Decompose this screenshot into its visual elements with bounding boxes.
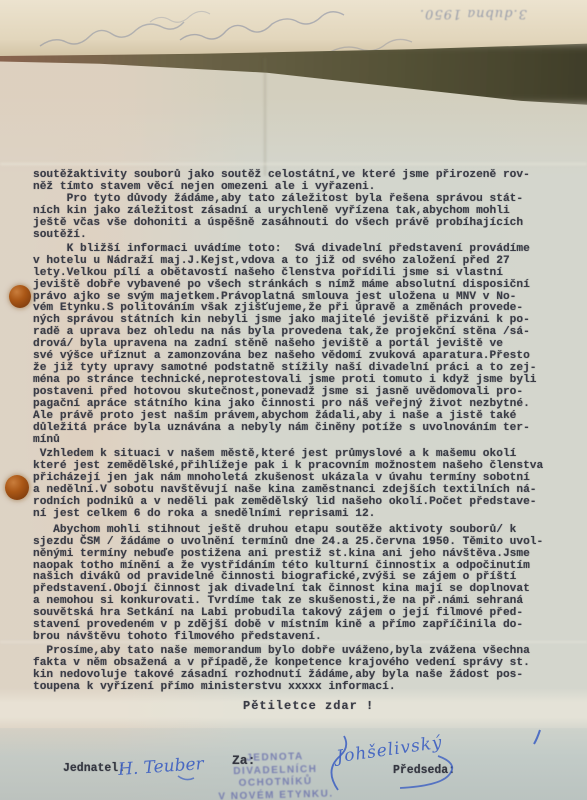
- scanned-letter: 3.dubna 1950. soutěžaktivity souborů jak…: [0, 0, 587, 800]
- punch-hole: [9, 285, 31, 308]
- punch-hole: [5, 475, 29, 500]
- organization-stamp: JEDNOTA DIVADELNÍCH OCHOTNÍKŮ V NOVÉM ET…: [207, 750, 343, 800]
- bleedthrough-date-note: 3.dubna 1950.: [419, 6, 527, 21]
- vertical-crease: [264, 58, 266, 176]
- secretary-label: Jednatel:: [63, 762, 125, 775]
- paragraph-theatre-stage: K bližší informaci uvádíme toto: Svá div…: [33, 244, 565, 447]
- slogan-line: Pětiletce zdar !: [243, 699, 374, 713]
- letter-body: soutěžaktivity souborů jako soutěž celos…: [33, 170, 565, 696]
- horizontal-crease-upper: [0, 163, 587, 165]
- stamp-line-2: DIVADELNÍCH OCHOTNÍKŮ: [208, 763, 344, 792]
- chairman-label: Předseda:: [393, 764, 455, 777]
- paragraph-closing-request: Prosíme,aby tato naše memorandum bylo do…: [33, 646, 565, 694]
- paragraph-term-request: Abychom mohli stihnout ještě druhou etap…: [33, 525, 565, 645]
- paragraph-competitions: soutěžaktivity souborů jako soutěž celos…: [33, 170, 565, 242]
- paragraph-town-situation: Vzhledem k situaci v našem městě,které j…: [33, 449, 565, 521]
